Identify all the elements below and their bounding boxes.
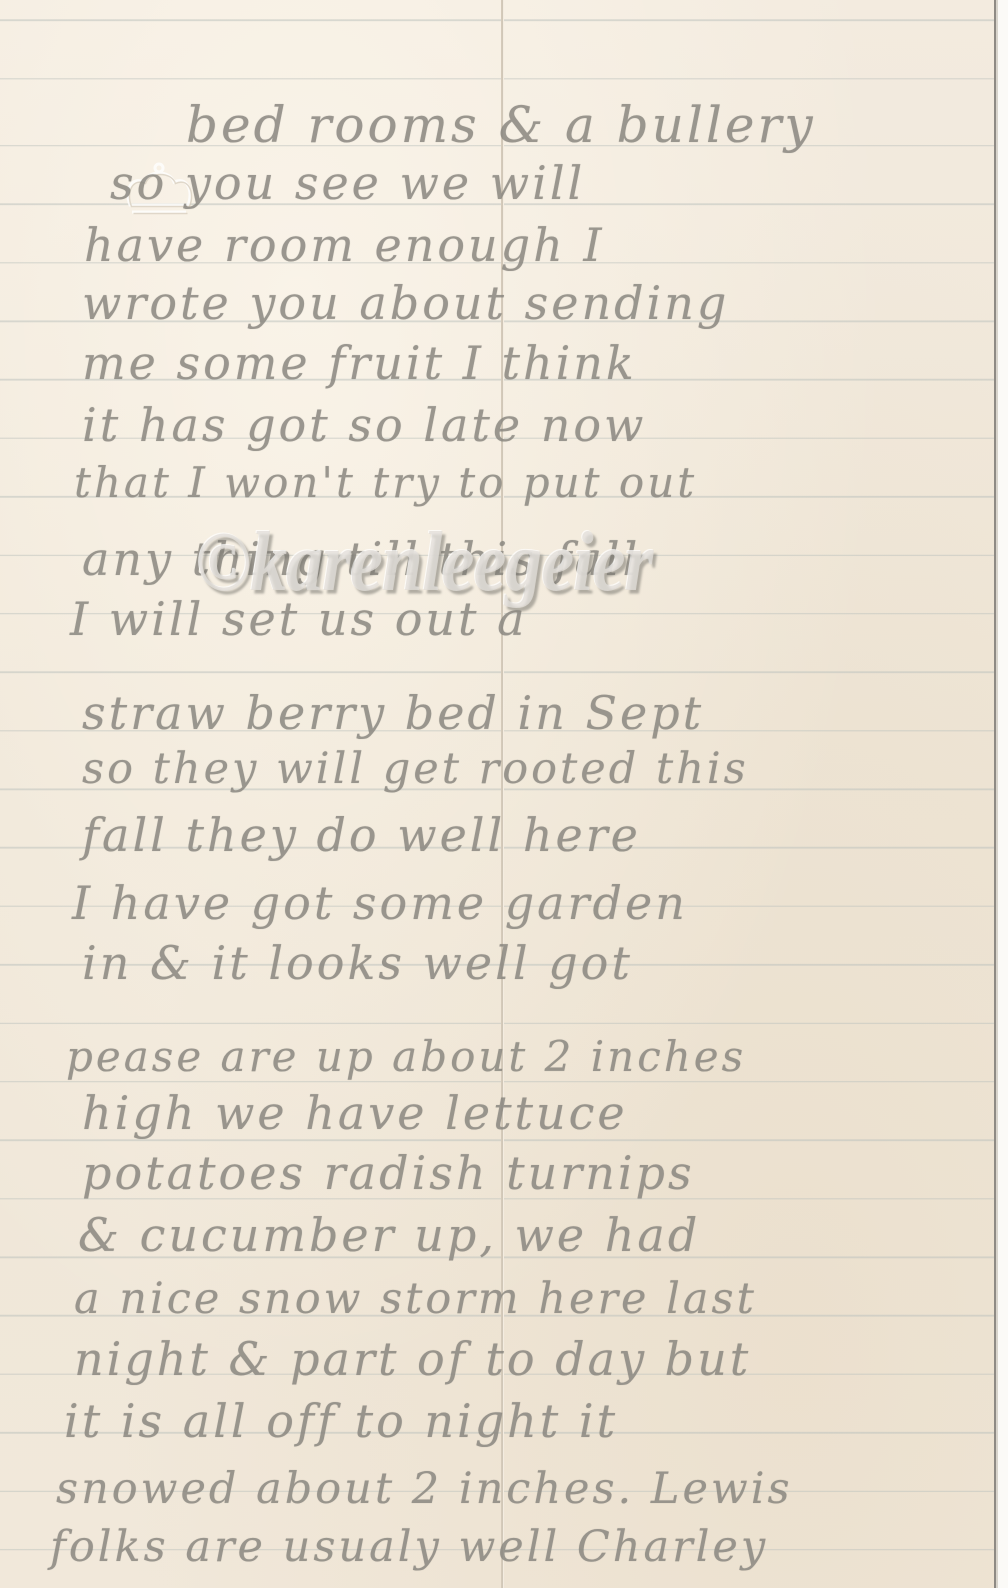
text-line-15: pease are up about 2 inches bbox=[66, 1036, 746, 1078]
text-line-18: & cucumber up, we had bbox=[78, 1212, 700, 1258]
text-line-22: snowed about 2 inches. Lewis bbox=[56, 1468, 793, 1511]
text-line-4: wrote you about sending bbox=[82, 280, 729, 326]
text-line-14: in & it looks well got bbox=[82, 940, 633, 986]
text-line-3: have room enough I bbox=[84, 222, 605, 268]
text-line-5: me some fruit I think bbox=[82, 340, 637, 386]
text-line-12: fall they do well here bbox=[82, 812, 641, 858]
text-line-21: it is all off to night it bbox=[64, 1398, 618, 1444]
text-line-11: so they will get rooted this bbox=[82, 748, 749, 791]
copyright-watermark: ©karenleegeier bbox=[196, 514, 652, 612]
text-line-10: straw berry bed in Sept bbox=[82, 690, 704, 736]
text-line-7: that I won't try to put out bbox=[74, 462, 697, 504]
text-line-2: so you see we will bbox=[110, 160, 585, 206]
text-line-6: it has got so late now bbox=[82, 402, 646, 448]
text-line-20: night & part of to day but bbox=[74, 1336, 751, 1382]
text-line-17: potatoes radish turnips bbox=[82, 1150, 695, 1196]
text-line-13: I have got some garden bbox=[72, 880, 688, 926]
text-line-19: a nice snow storm here last bbox=[74, 1278, 757, 1321]
letter-page: bed rooms & a bullery so you see we will… bbox=[0, 0, 996, 1588]
text-line-16: high we have lettuce bbox=[82, 1090, 628, 1136]
text-line-23: folks are usualy well Charley bbox=[50, 1526, 768, 1569]
handwritten-text: bed rooms & a bullery so you see we will… bbox=[0, 0, 994, 1588]
text-line-1: bed rooms & a bullery bbox=[186, 100, 816, 150]
